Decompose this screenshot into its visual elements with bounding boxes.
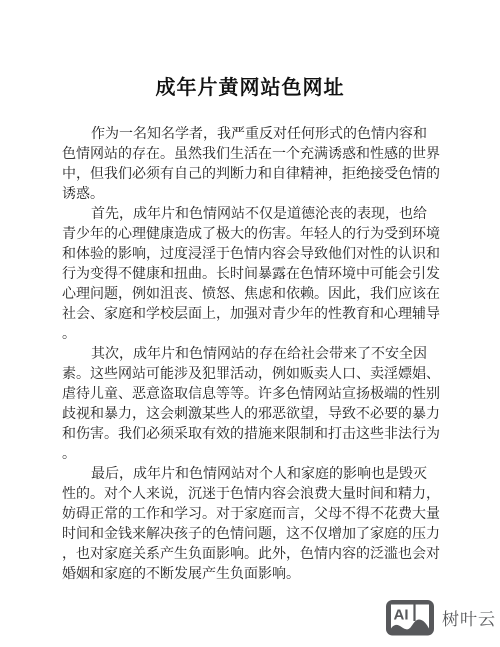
- text-line: 作为一名知名学者，我严重反对任何形式的色情内容和: [62, 125, 438, 145]
- paragraph: 首先，成年片和色情网站不仅是道德沦丧的表现，也给青少年的心理健康造成了极大的伤害…: [62, 205, 438, 345]
- text-line: 中，但我们必须有自己的判断力和自律精神，拒绝接受色情的: [62, 165, 438, 185]
- text-line: 性的。对个人来说，沉迷于色情内容会浪费大量时间和精力，: [62, 485, 438, 505]
- text-line: 虐待儿童、恶意盗取信息等等。许多色情网站宣扬极端的性别: [62, 385, 438, 405]
- paragraph: 作为一名知名学者，我严重反对任何形式的色情内容和色情网站的存在。虽然我们生活在一…: [62, 125, 438, 205]
- watermark: AI 树叶云: [385, 597, 496, 638]
- page-title: 成年片黄网站色网址: [0, 0, 500, 100]
- text-line: 和伤害。我们必须采取有效的措施来限制和打击这些非法行为: [62, 425, 438, 445]
- document-body: 作为一名知名学者，我严重反对任何形式的色情内容和色情网站的存在。虽然我们生活在一…: [62, 125, 438, 585]
- paragraph: 最后，成年片和色情网站对个人和家庭的影响也是毁灭性的。对个人来说，沉迷于色情内容…: [62, 465, 438, 585]
- paragraph: 其次，成年片和色情网站的存在给社会带来了不安全因素。这些网站可能涉及犯罪活动，例…: [62, 345, 438, 465]
- text-line: 和体验的影响，过度浸淫于色情内容会导致他们对性的认识和: [62, 245, 438, 265]
- watermark-brand-text: 树叶云: [442, 605, 496, 630]
- text-line: 素。这些网站可能涉及犯罪活动，例如贩卖人口、卖淫嫖娼、: [62, 365, 438, 385]
- text-line: 妨碍正常的工作和学习。对于家庭而言，父母不得不花费大量: [62, 505, 438, 525]
- text-line: 行为变得不健康和扭曲。长时间暴露在色情环境中可能会引发: [62, 265, 438, 285]
- text-line: 首先，成年片和色情网站不仅是道德沦丧的表现，也给: [62, 205, 438, 225]
- text-line: 。: [62, 325, 438, 345]
- text-line: 社会、家庭和学校层面上，加强对青少年的性教育和心理辅导: [62, 305, 438, 325]
- text-line: 心理问题，例如沮丧、愤怒、焦虑和依赖。因此，我们应该在: [62, 285, 438, 305]
- text-line: 其次，成年片和色情网站的存在给社会带来了不安全因: [62, 345, 438, 365]
- text-line: 时间和金钱来解决孩子的色情问题，这不仅增加了家庭的压力: [62, 525, 438, 545]
- text-line: 色情网站的存在。虽然我们生活在一个充满诱惑和性感的世界: [62, 145, 438, 165]
- text-line: 青少年的心理健康造成了极大的伤害。年轻人的行为受到环境: [62, 225, 438, 245]
- text-line: 。: [62, 445, 438, 465]
- text-line: 诱惑。: [62, 185, 438, 205]
- ai-icon-label: AI: [394, 607, 409, 624]
- ai-image-icon: AI: [385, 597, 435, 638]
- text-line: 最后，成年片和色情网站对个人和家庭的影响也是毁灭: [62, 465, 438, 485]
- text-line: 婚姻和家庭的不断发展产生负面影响。: [62, 565, 438, 585]
- document-page: 成年片黄网站色网址 作为一名知名学者，我严重反对任何形式的色情内容和色情网站的存…: [0, 0, 500, 647]
- text-line: ，也对家庭关系产生负面影响。此外，色情内容的泛滥也会对: [62, 545, 438, 565]
- text-line: 歧视和暴力，这会刺激某些人的邪恶欲望，导致不必要的暴力: [62, 405, 438, 425]
